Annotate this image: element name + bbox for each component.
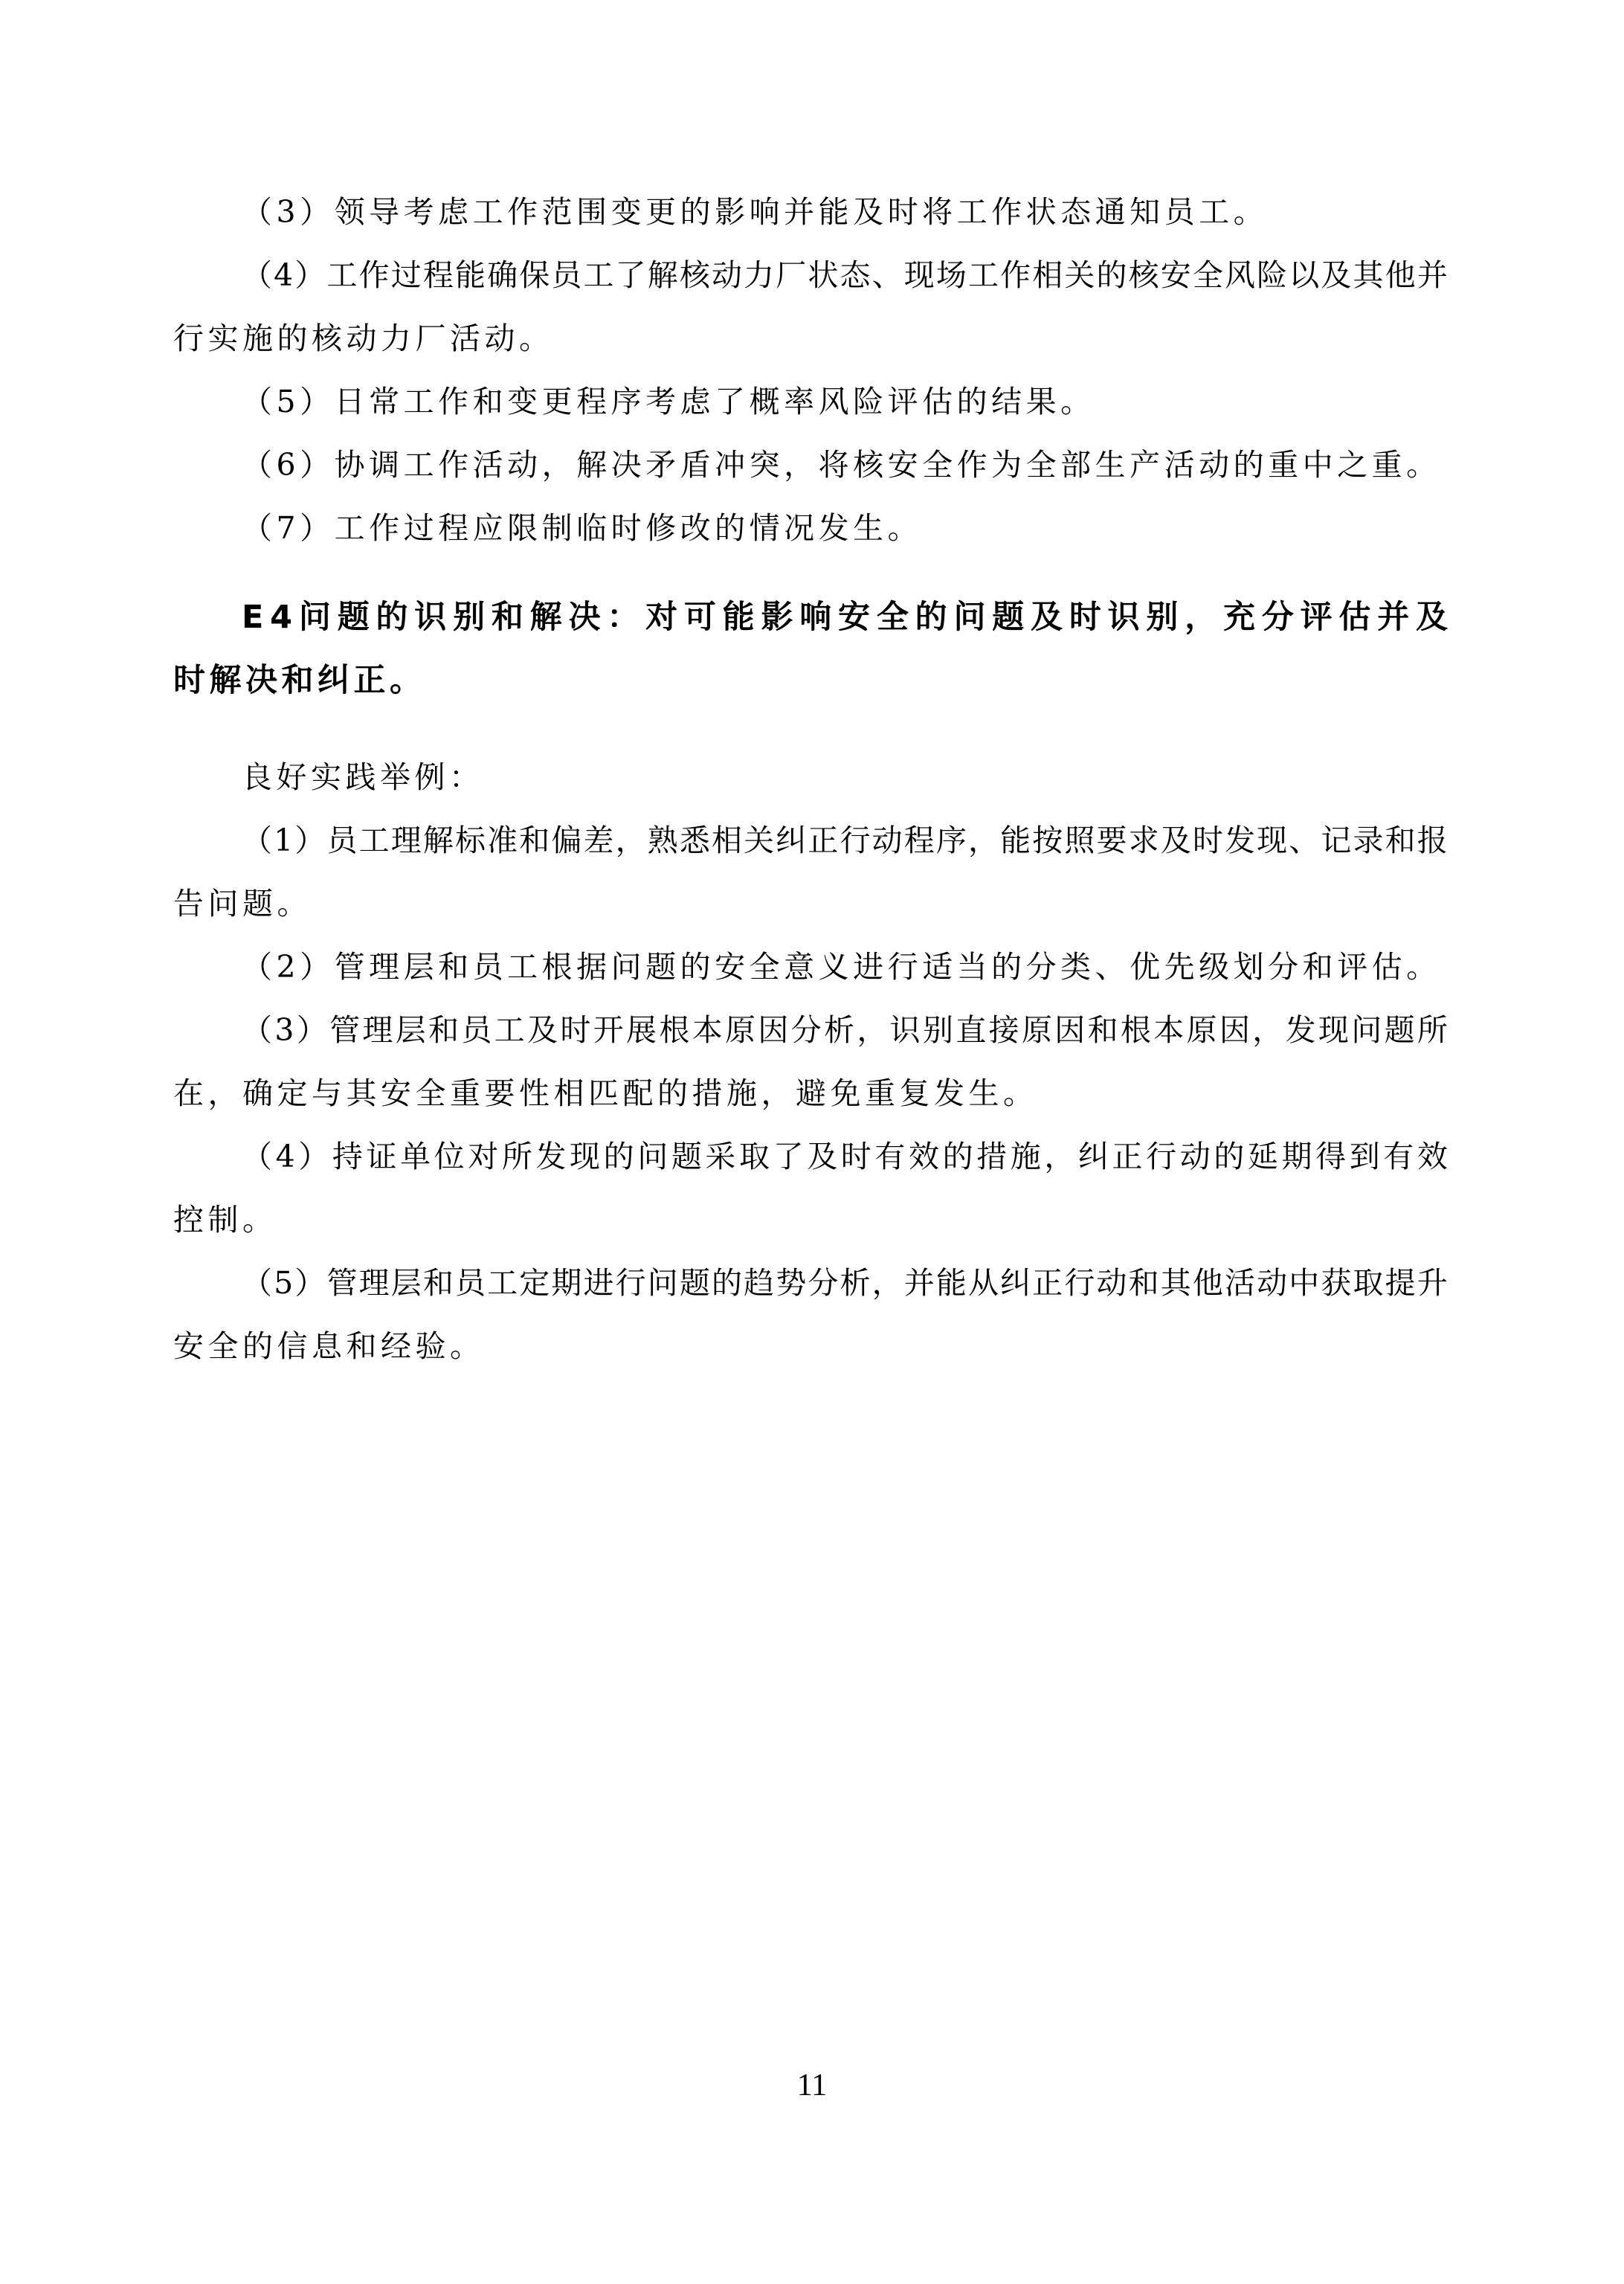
page-number: 11 <box>0 2068 1624 2103</box>
e4-item-5-cont: 安全的信息和经验。 <box>173 1324 1448 1368</box>
item-text: 工作过程应限制临时修改的情况发生。 <box>335 510 923 546</box>
e4-item-3-cont: 在，确定与其安全重要性相匹配的措施，避免重复发生。 <box>173 1071 1448 1116</box>
item-label: （2） <box>242 949 335 985</box>
line-text: E4问题的识别和解决：对可能影响安全的问题及时识别，充分评估并及 <box>242 595 1448 640</box>
prev-item-5: （5）日常工作和变更程序考虑了概率风险评估的结果。 <box>242 379 1448 424</box>
document-page: （3）领导考虑工作范围变更的影响并能及时将工作状态通知员工。 （4）工作过程能确… <box>0 0 1624 2284</box>
line-text: （1）员工理解标准和偏差，熟悉相关纠正行动程序，能按照要求及时发现、记录和报 <box>242 818 1448 863</box>
item-label: （6） <box>242 447 335 483</box>
item-label: （3） <box>242 194 335 230</box>
e4-item-1-cont: 告问题。 <box>173 881 1448 926</box>
e4-item-1-render: （1）员工理解标准和偏差，熟悉相关纠正行动程序，能按照要求及时发现、记录和报 <box>242 818 1448 863</box>
prev-item-7: （7）工作过程应限制临时修改的情况发生。 <box>242 506 1448 550</box>
line-text: （4）工作过程能确保员工了解核动力厂状态、现场工作相关的核安全风险以及其他并 <box>242 253 1448 297</box>
item-text: 在，确定与其安全重要性相匹配的措施，避免重复发生。 <box>173 1075 1038 1111</box>
prev-item-4-render: （4）工作过程能确保员工了解核动力厂状态、现场工作相关的核安全风险以及其他并 <box>242 253 1448 297</box>
section-title: 时解决和纠正。 <box>173 662 426 699</box>
e4-item-4-cont: 控制。 <box>173 1197 1448 1242</box>
e4-item-5-render: （5）管理层和员工定期进行问题的趋势分析，并能从纠正行动和其他活动中获取提升 <box>242 1261 1448 1305</box>
item-text: 告问题。 <box>173 886 312 921</box>
good-practice-intro: 良好实践举例： <box>242 755 1448 800</box>
intro-text: 良好实践举例： <box>242 759 484 795</box>
item-text: 控制。 <box>173 1202 277 1238</box>
section-heading-e4-render: E4问题的识别和解决：对可能影响安全的问题及时识别，充分评估并及 <box>242 595 1448 640</box>
item-text: 行实施的核动力厂活动。 <box>173 321 554 356</box>
line-text: （3）管理层和员工及时开展根本原因分析，识别直接原因和根本原因，发现问题所 <box>242 1008 1448 1052</box>
item-label: （5） <box>242 384 335 419</box>
prev-item-4-cont: 行实施的核动力厂活动。 <box>173 316 1448 361</box>
prev-item-6: （6）协调工作活动，解决矛盾冲突，将核安全作为全部生产活动的重中之重。 <box>242 443 1448 487</box>
line-text: （5）管理层和员工定期进行问题的趋势分析，并能从纠正行动和其他活动中获取提升 <box>242 1261 1448 1305</box>
e4-item-2: （2）管理层和员工根据问题的安全意义进行适当的分类、优先级划分和评估。 <box>242 945 1448 989</box>
item-text: 安全的信息和经验。 <box>173 1328 485 1364</box>
e4-item-3-render: （3）管理层和员工及时开展根本原因分析，识别直接原因和根本原因，发现问题所 <box>242 1008 1448 1052</box>
line-text: （4）持证单位对所发现的问题采取了及时有效的措施，纠正行动的延期得到有效 <box>242 1134 1448 1179</box>
item-label: （7） <box>242 510 335 546</box>
item-text: 管理层和员工根据问题的安全意义进行适当的分类、优先级划分和评估。 <box>335 949 1441 985</box>
item-text: 日常工作和变更程序考虑了概率风险评估的结果。 <box>335 384 1095 419</box>
e4-item-4-render: （4）持证单位对所发现的问题采取了及时有效的措施，纠正行动的延期得到有效 <box>242 1134 1448 1179</box>
item-text: 协调工作活动，解决矛盾冲突，将核安全作为全部生产活动的重中之重。 <box>335 447 1441 483</box>
section-heading-e4-cont: 时解决和纠正。 <box>173 658 1448 703</box>
prev-item-3: （3）领导考虑工作范围变更的影响并能及时将工作状态通知员工。 <box>242 190 1448 234</box>
item-text: 领导考虑工作范围变更的影响并能及时将工作状态通知员工。 <box>335 194 1269 230</box>
